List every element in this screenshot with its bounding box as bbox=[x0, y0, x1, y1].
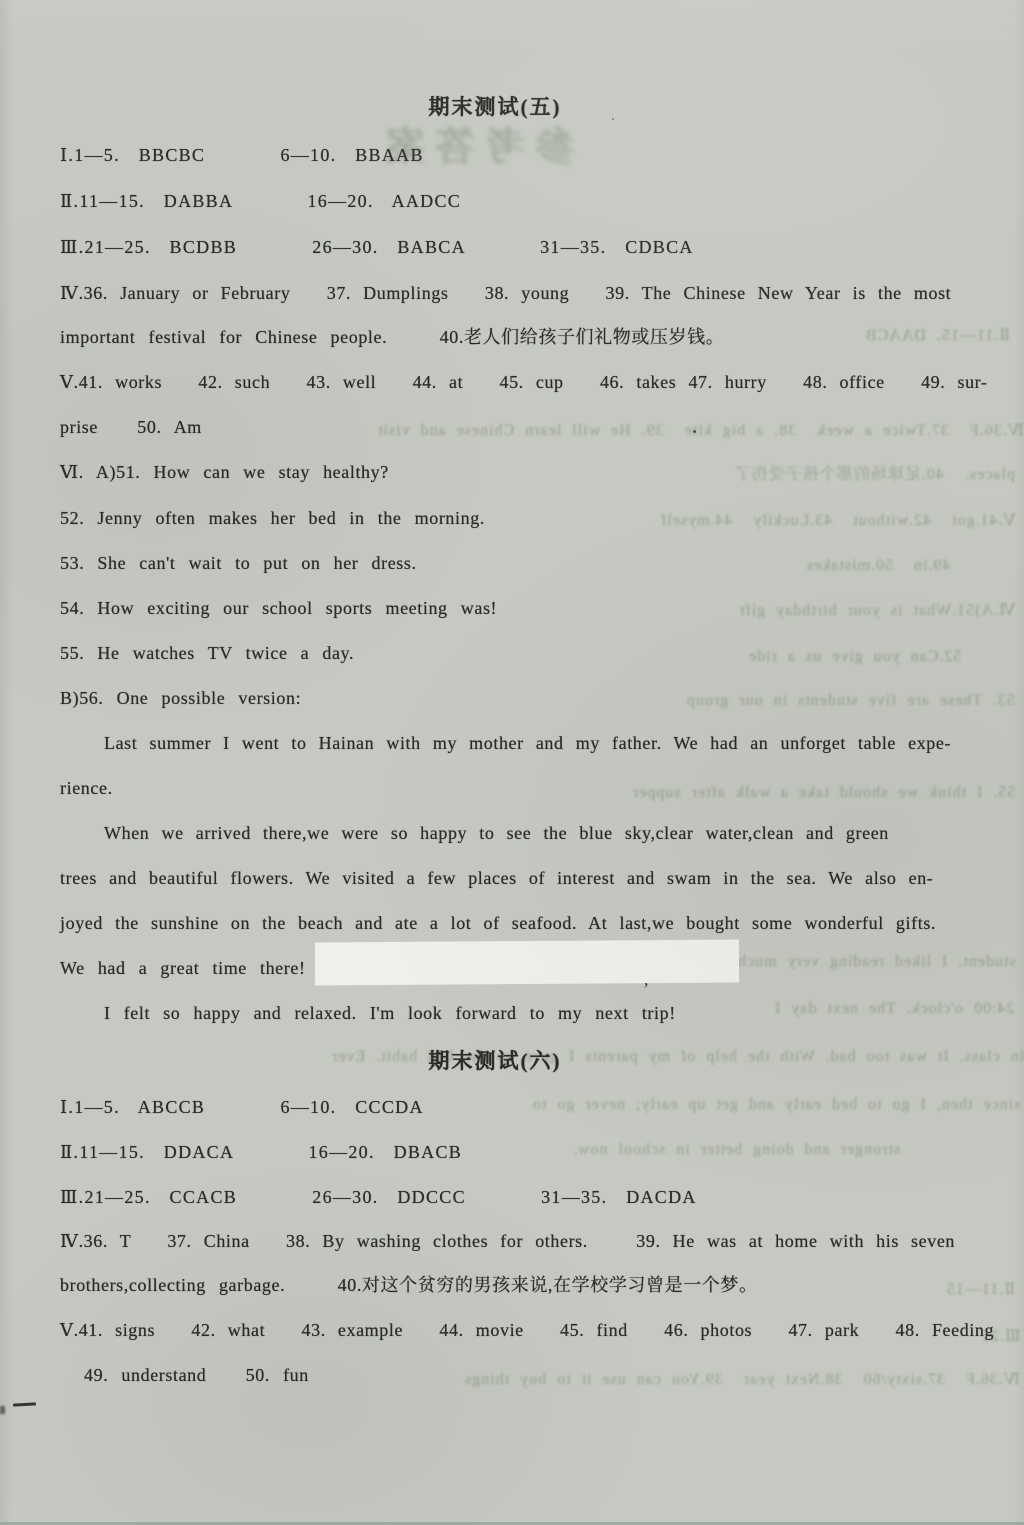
answer-line: 52. Jenny often makes her bed in the mor… bbox=[60, 509, 485, 527]
answer-line: 49. understand 50. fun bbox=[84, 1366, 309, 1384]
paper-speck bbox=[693, 430, 696, 433]
answer-line: Ⅱ.11—15. DABBA 16—20. AADCC bbox=[60, 192, 461, 210]
paper-speck bbox=[612, 118, 614, 120]
edge-speck bbox=[0, 1406, 5, 1414]
answer-line: Ⅲ.21—25. BCDBB 26—30. BABCA 31—35. CDBCA bbox=[60, 238, 694, 256]
answer-line: brothers,collecting garbage. 40.对这个贫穷的男孩… bbox=[60, 1276, 758, 1294]
answer-line: 54. How exciting our school sports meeti… bbox=[60, 599, 497, 617]
essay-line: Last summer I went to Hainan with my mot… bbox=[104, 734, 951, 752]
answer-line: Ⅰ.1—5. BBCBC 6—10. BBAAB bbox=[60, 146, 424, 164]
answer-line: B)56. One possible version: bbox=[60, 689, 301, 707]
essay-line: rience. bbox=[60, 779, 113, 797]
paper-texture bbox=[0, 0, 1024, 1525]
essay-line: I felt so happy and relaxed. I'm look fo… bbox=[104, 1004, 676, 1022]
ghost-text-line: Ⅱ.11—15. DAACB bbox=[865, 328, 1010, 344]
ghost-text-line: Ⅱ.11—15 bbox=[946, 1282, 1015, 1298]
ghost-text-line: 49.in 50.mistakes bbox=[806, 558, 950, 574]
ghost-text-line: 52.Can you give us a ride bbox=[748, 649, 962, 665]
answer-line: Ⅰ.1—5. ABCCB 6—10. CCCDA bbox=[60, 1098, 424, 1116]
ghost-text-line: student. I liked reading very much bbox=[737, 954, 1016, 970]
answer-line: Ⅳ.36. January or February 37. Dumplings … bbox=[60, 284, 951, 302]
answer-line: Ⅳ.36. T 37. China 38. By washing clothes… bbox=[60, 1232, 955, 1250]
stray-comma-mark: , bbox=[644, 969, 649, 990]
essay-line: When we arrived there,we were so happy t… bbox=[104, 824, 889, 842]
ghost-text-line: 24:00 o'clock. The next day I bbox=[774, 1001, 1015, 1017]
ghost-text-line: 55. I think we should take a walk after … bbox=[632, 785, 1015, 801]
essay-line: trees and beautiful flowers. We visited … bbox=[60, 869, 933, 887]
answer-line: Ⅴ.41. signs 42. what 43. example 44. mov… bbox=[60, 1321, 994, 1339]
whiteout-box bbox=[315, 940, 739, 986]
ghost-text-line: since then, I go to bed early and get up… bbox=[532, 1097, 1020, 1113]
section-title: 期末测试(五) bbox=[0, 97, 990, 118]
essay-line: We had a great time there! bbox=[60, 959, 306, 977]
ghost-text-line: Ⅳ.36.F 37.sixty/60 38.Next year 39.You c… bbox=[464, 1372, 1020, 1388]
answer-line: Ⅲ.21—25. CCACB 26—30. DDCCC 31—35. DACDA bbox=[60, 1188, 697, 1206]
answer-line: Ⅴ.41. works 42. such 43. well 44. at 45.… bbox=[60, 373, 988, 391]
ghost-text-line: Ⅳ.36.F 37.Twice a week 38. a big kite 39… bbox=[377, 423, 1024, 439]
answer-line: Ⅵ. A)51. How can we stay healthy? bbox=[60, 463, 389, 481]
ghost-text-line: 53. These are five students in our group bbox=[686, 693, 1015, 709]
scanned-page: 参考答案 Ⅱ.11—15. DAACB Ⅳ.36.F 37.Twice a we… bbox=[0, 0, 1024, 1525]
binding-dash-mark bbox=[13, 1402, 36, 1406]
ghost-text-line: Ⅴ.41.got 42.without 43.Luckily 44.myself bbox=[660, 513, 1015, 529]
answer-line: important festival for Chinese people. 4… bbox=[60, 328, 724, 346]
answer-line: 55. He watches TV twice a day. bbox=[60, 644, 354, 662]
essay-line: joyed the sunshine on the beach and ate … bbox=[60, 914, 936, 932]
answer-line: prise 50. Am bbox=[60, 418, 202, 436]
answer-line: 53. She can't wait to put on her dress. bbox=[60, 554, 417, 572]
section-title: 期末测试(六) bbox=[0, 1051, 990, 1072]
ghost-text-line: Ⅵ.A)51.What is your birthday gift bbox=[739, 603, 1015, 619]
ghost-text-line: places. 40.足球场的那个孩子受伤了 bbox=[734, 467, 1015, 483]
answer-line: Ⅱ.11—15. DDACA 16—20. DBACB bbox=[60, 1143, 462, 1161]
ghost-text-line: stronger and doing better in school now. bbox=[573, 1142, 900, 1158]
